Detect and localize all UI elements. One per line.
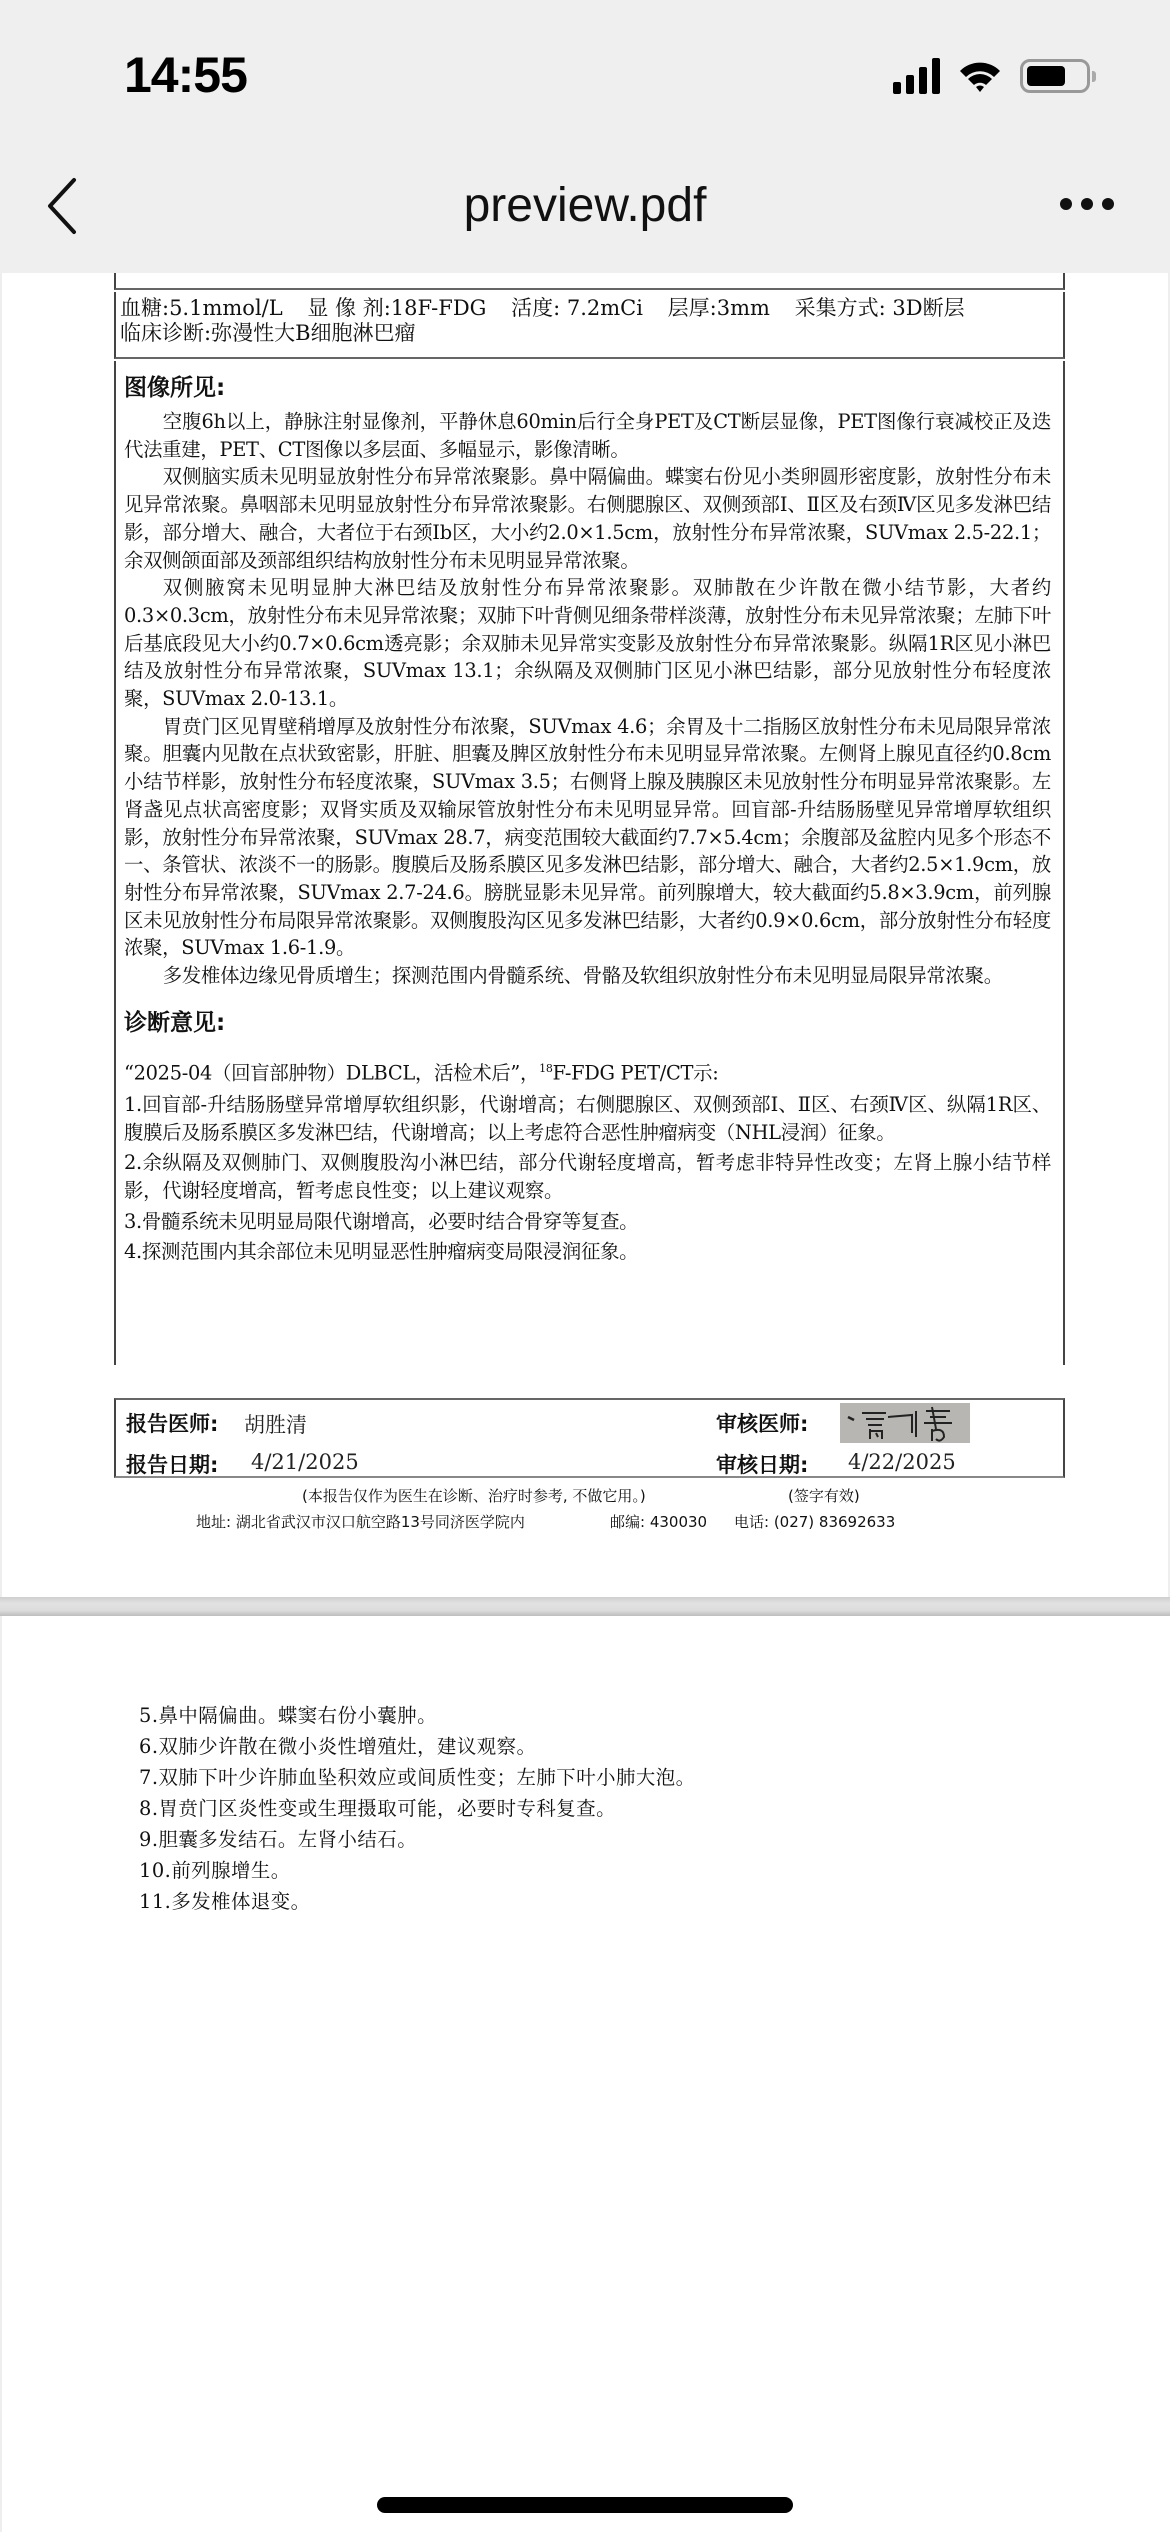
review-doctor-signature <box>840 1403 970 1443</box>
report-date: 4/21/2025 <box>251 1450 359 1474</box>
home-indicator[interactable] <box>377 2497 793 2513</box>
conclusion-item: 10.前列腺增生。 <box>139 1855 696 1886</box>
conclusion-item: 8.胃贲门区炎性变或生理摄取可能，必要时专科复查。 <box>139 1793 696 1824</box>
top-bar: 14:55 preview.pdf <box>0 0 1170 273</box>
findings-paragraph: 双侧腋窝未见明显肿大淋巴结及放射性分布异常浓聚影。双肺散在少许散在微小结节影，大… <box>124 574 1051 713</box>
conclusion-item: 2.余纵隔及双侧肺门、双侧腹股沟小淋巴结，部分代谢轻度增高，暂考虑非特异性改变；… <box>124 1149 1051 1204</box>
acquisition-mode: 采集方式: 3D断层 <box>795 296 965 320</box>
footnote-address: 地址: 湖北省武汉市汉口航空路13号同济医学院内 <box>196 1511 525 1532</box>
slice-thickness: 层厚:3mm <box>668 296 770 320</box>
tracer: 显 像 剂:18F-FDG <box>307 296 486 320</box>
conclusion-continued-list: 5.鼻中隔偏曲。蝶窦右份小囊肿。 6.双肺少许散在微小炎性增殖灶，建议观察。 7… <box>139 1700 696 1917</box>
report-top-row <box>114 273 1065 290</box>
findings-paragraph: 空腹6h以上，静脉注射显像剂，平静休息60min后行全身PET及CT断层显像，P… <box>124 408 1051 463</box>
cellular-signal-icon <box>893 58 940 94</box>
signature-image <box>840 1403 970 1443</box>
ellipsis-icon <box>1060 198 1072 210</box>
review-date-label: 审核日期: <box>716 1449 808 1479</box>
footnote-disclaimer: (本报告仅作为医生在诊断、治疗时参考, 不做它用。) <box>302 1485 646 1506</box>
findings-paragraph: 双侧脑实质未见明显放射性分布异常浓聚影。鼻中隔偏曲。蝶窦右份见小类卵圆形密度影，… <box>124 463 1051 574</box>
conclusion-lead-tracer: F-FDG PET/CT示: <box>553 1061 719 1084</box>
footnote-phone: 电话: (027) 83692633 <box>734 1511 895 1532</box>
status-time: 14:55 <box>124 46 247 104</box>
conclusion-item: 6.双肺少许散在微小炎性增殖灶，建议观察。 <box>139 1731 696 1762</box>
report-doctor: 胡胜清 <box>244 1409 307 1439</box>
report-doctor-label: 报告医师: <box>126 1408 218 1438</box>
exam-info: 血糖:5.1mmol/L 显 像 剂:18F-FDG 活度: 7.2mCi 层厚… <box>114 292 1065 359</box>
findings-paragraph: 胃贲门区见胃壁稍增厚及放射性分布浓聚，SUVmax 4.6；余胃及十二指肠区放射… <box>124 713 1051 962</box>
conclusion-item: 3.骨髓系统未见明显局限代谢增高，必要时结合骨穿等复查。 <box>124 1208 1051 1236</box>
conclusion-item: 9.胆囊多发结石。左肾小结石。 <box>139 1824 696 1855</box>
more-options-button[interactable] <box>1060 198 1114 210</box>
review-date: 4/22/2025 <box>848 1450 956 1474</box>
conclusion-item: 11.多发椎体退变。 <box>139 1886 696 1917</box>
footnote-signed: (签字有效) <box>788 1485 860 1506</box>
conclusion-item: 7.双肺下叶少许肺血坠积效应或间质性变；左肺下叶小肺大泡。 <box>139 1762 696 1793</box>
clinical-diagnosis: 临床诊断:弥漫性大B细胞淋巴瘤 <box>120 321 1059 346</box>
pdf-page-1[interactable]: 血糖:5.1mmol/L 显 像 剂:18F-FDG 活度: 7.2mCi 层厚… <box>0 273 1170 1597</box>
conclusion-heading: 诊断意见: <box>124 1004 1051 1037</box>
conclusion-lead: “2025-04（回盲部肿物）DLBCL，活检术后”，18F-FDG PET/C… <box>124 1055 1051 1087</box>
wifi-icon <box>958 59 1002 93</box>
conclusion-item: 4.探测范围内其余部位未见明显恶性肿瘤病变局限浸润征象。 <box>124 1238 1051 1266</box>
report-body: 图像所见: 空腹6h以上，静脉注射显像剂，平静休息60min后行全身PET及CT… <box>114 361 1065 1365</box>
blood-glucose: 血糖:5.1mmol/L <box>120 296 283 320</box>
isotope-superscript: 18 <box>539 1062 552 1075</box>
status-icons <box>893 56 1090 96</box>
conclusion-lead-text: “2025-04（回盲部肿物）DLBCL，活检术后”， <box>124 1061 539 1084</box>
report-date-label: 报告日期: <box>126 1449 218 1479</box>
battery-icon <box>1020 59 1090 93</box>
pdf-page-2[interactable]: 5.鼻中隔偏曲。蝶窦右份小囊肿。 6.双肺少许散在微小炎性增殖灶，建议观察。 7… <box>0 1616 1170 2532</box>
conclusion-item: 5.鼻中隔偏曲。蝶窦右份小囊肿。 <box>139 1700 696 1731</box>
findings-heading: 图像所见: <box>124 369 1051 402</box>
activity: 活度: 7.2mCi <box>511 296 643 320</box>
conclusion-item: 1.回盲部-升结肠肠壁异常增厚软组织影，代谢增高；右侧腮腺区、双侧颈部Ⅰ、Ⅱ区、… <box>124 1091 1051 1146</box>
document-title: preview.pdf <box>0 178 1170 233</box>
page-separator <box>0 1597 1170 1616</box>
footnote-postcode: 邮编: 430030 <box>610 1511 707 1532</box>
signoff-block: 报告医师: 胡胜清 审核医师: 报告日期: 4/21/2025 审核日期: 4/… <box>114 1398 1065 1478</box>
findings-paragraph: 多发椎体边缘见骨质增生；探测范围内骨髓系统、骨骼及软组织放射性分布未见明显局限异… <box>124 962 1051 990</box>
review-doctor-label: 审核医师: <box>716 1408 808 1438</box>
